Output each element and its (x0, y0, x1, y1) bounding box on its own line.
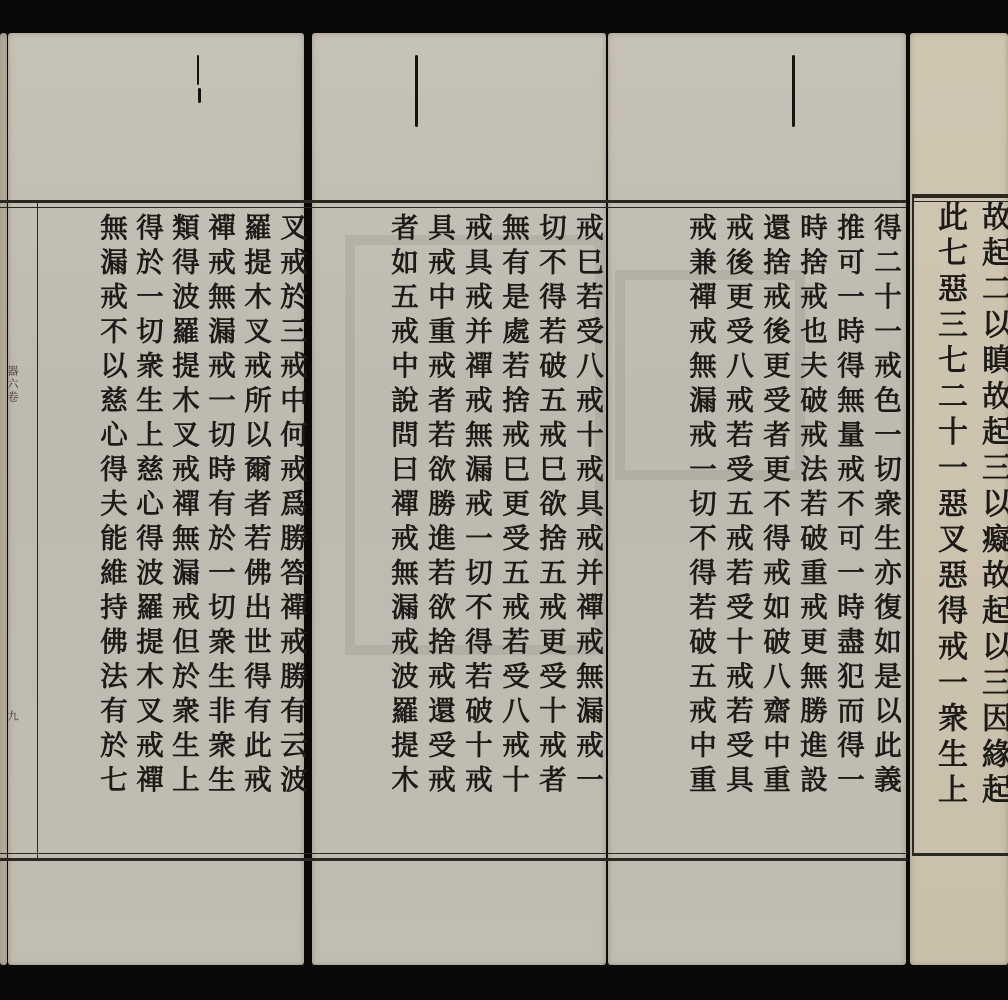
bottom-border-rule (0, 858, 906, 861)
text-column: 戒巳若受八戒十戒具戒并禪戒無漏戒一 (563, 207, 600, 852)
text-column: 戒兼禪戒無漏戒一切不得若破五戒中重 (676, 207, 713, 852)
folio-number: 九 (4, 710, 20, 723)
paper-crack (415, 55, 418, 127)
text-column: 者如五戒中說問曰禪戒無漏戒波羅提木 (378, 207, 415, 852)
text-column: 叉戒於三戒中何戒爲勝答禪戒勝有云波 (268, 207, 304, 852)
text-column: 得二十一戒色一切衆生亦復如是以此義 (861, 207, 898, 852)
bottom-border-rule (912, 853, 1008, 856)
text-page-3: 得二十一戒色一切衆生亦復如是以此義 推可一時得無量戒不可一時盡犯而得一 時捨戒也… (622, 207, 898, 852)
volume-label: 器六卷 (4, 365, 20, 404)
left-page-side-border (37, 203, 38, 858)
text-column: 切不得若破五戒巳欲捨五戒更受十戒者 (526, 207, 563, 852)
text-column: 故起二以瞋故起三以癡故起以三因緣起 (964, 195, 1008, 840)
right-page-left-border (912, 194, 914, 856)
paper-crack (198, 88, 201, 103)
text-column: 羅提木叉戒所以爾者若佛出世得有此戒 (232, 207, 268, 852)
text-column: 具戒中重戒者若欲勝進若欲捨戒還受戒 (415, 207, 452, 852)
text-column: 無有是處若捨戒巳更受五戒若受八戒十 (489, 207, 526, 852)
text-column: 戒後更受八戒若受五戒若受十戒若受具 (713, 207, 750, 852)
text-column: 還捨戒後更受者更不得戒如破八齋中重 (750, 207, 787, 852)
text-page-1: 叉戒於三戒中何戒爲勝答禪戒勝有云波 羅提木叉戒所以爾者若佛出世得有此戒 禪戒無漏… (44, 207, 304, 852)
text-column: 戒具戒并禪戒無漏戒一切不得若破十戒 (452, 207, 489, 852)
paper-crack (792, 55, 795, 127)
text-column: 得於一切衆生上慈心得波羅提木叉戒禪 (124, 207, 160, 852)
text-column: 推可一時得無量戒不可一時盡犯而得一 (824, 207, 861, 852)
text-column: 禪戒無漏戒一切時有於一切衆生非衆生 (196, 207, 232, 852)
paper-crack (197, 55, 199, 85)
text-column: 類得波羅提木叉戒禪無漏戒但於衆生上 (160, 207, 196, 852)
text-page-right-fragment: 故起二以瞋故起三以癡故起以三因緣起 此七惡三七二十一惡叉惡得戒一衆生上 (920, 195, 1008, 840)
text-column: 此七惡三七二十一惡叉惡得戒一衆生上 (920, 195, 964, 840)
top-border-rule (0, 200, 906, 203)
text-page-2: 戒巳若受八戒十戒具戒并禪戒無漏戒一 切不得若破五戒巳欲捨五戒更受十戒者 無有是處… (324, 207, 600, 852)
text-column: 無漏戒不以慈心得夫能維持佛法有於七 (88, 207, 124, 852)
text-column: 時捨戒也夫破戒法若破重戒更無勝進設 (787, 207, 824, 852)
bottom-border-rule-thin (0, 853, 906, 854)
paper-panel-edge (0, 33, 7, 965)
